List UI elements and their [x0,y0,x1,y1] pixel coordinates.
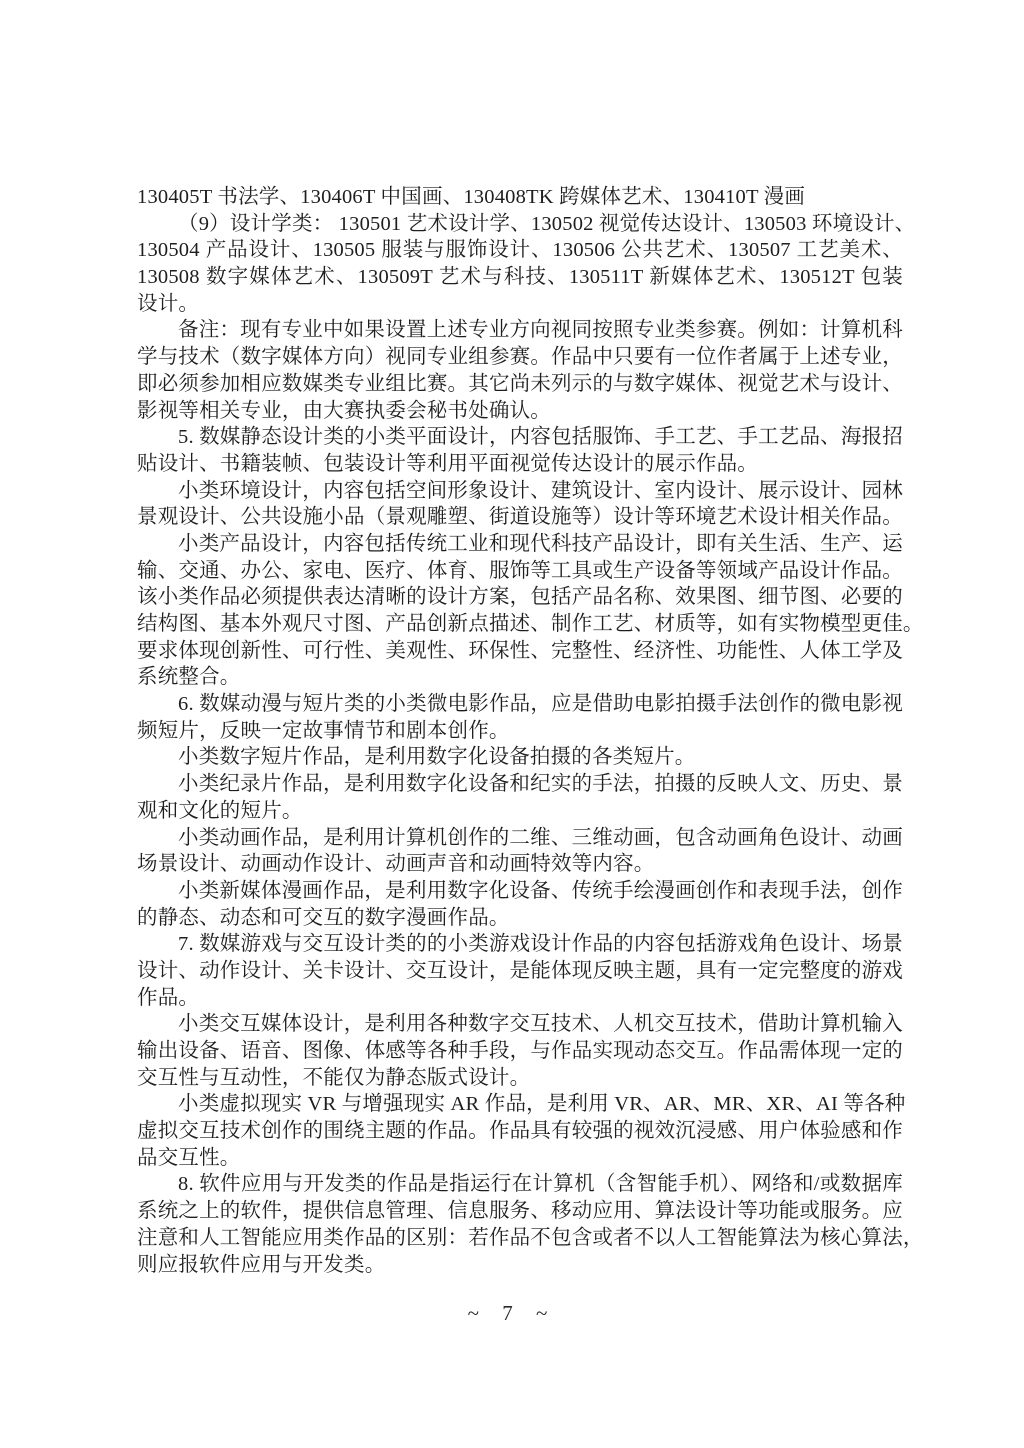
text-line: 6. 数媒动漫与短片类的小类微电影作品，应是借助电影拍摄手法创作的微电影视 [137,691,903,718]
text-line: 设计、动作设计、关卡设计、交互设计，是能体现反映主题，具有一定完整度的游戏 [137,958,903,985]
text-line: 输出设备、语音、图像、体感等各种手段，与作品实现动态交互。作品需体现一定的 [137,1038,903,1065]
text-line: 5. 数媒静态设计类的小类平面设计，内容包括服饰、手工艺、手工艺品、海报招 [137,424,903,451]
text-line: 作品。 [137,985,903,1012]
text-line: 结构图、基本外观尺寸图、产品创新点描述、制作工艺、材质等，如有实物模型更佳。 [137,611,903,638]
text-line: 贴设计、书籍装帧、包装设计等利用平面视觉传达设计的展示作品。 [137,451,903,478]
text-line: 系统之上的软件，提供信息管理、信息服务、移动应用、算法设计等功能或服务。应 [137,1198,903,1225]
text-line: 设计。 [137,291,903,318]
text-line: 注意和人工智能应用类作品的区别：若作品不包含或者不以人工智能算法为核心算法， [137,1225,903,1252]
text-line: 小类数字短片作品，是利用数字化设备拍摄的各类短片。 [137,744,903,771]
text-line: 该小类作品必须提供表达清晰的设计方案，包括产品名称、效果图、细节图、必要的 [137,584,903,611]
text-line: 系统整合。 [137,664,903,691]
text-line: 要求体现创新性、可行性、美观性、环保性、完整性、经济性、功能性、人体工学及 [137,638,903,665]
text-line: 小类产品设计，内容包括传统工业和现代科技产品设计，即有关生活、生产、运 [137,531,903,558]
text-line: 虚拟交互技术创作的围绕主题的作品。作品具有较强的视效沉浸感、用户体验感和作 [137,1118,903,1145]
text-line: 场景设计、动画动作设计、动画声音和动画特效等内容。 [137,851,903,878]
text-line: 输、交通、办公、家电、医疗、体育、服饰等工具或生产设备等领域产品设计作品。 [137,558,903,585]
text-line: 备注：现有专业中如果设置上述专业方向视同按照专业类参赛。例如：计算机科 [137,317,903,344]
text-line: 小类新媒体漫画作品，是利用数字化设备、传统手绘漫画创作和表现手法，创作 [137,878,903,905]
text-line: 130405T 书法学、130406T 中国画、130408TK 跨媒体艺术、1… [137,184,903,211]
text-line: 景观设计、公共设施小品（景观雕塑、街道设施等）设计等环境艺术设计相关作品。 [137,504,903,531]
document-text-block: 130405T 书法学、130406T 中国画、130408TK 跨媒体艺术、1… [137,184,903,1278]
text-line: 品交互性。 [137,1145,903,1172]
text-line: 小类动画作品，是利用计算机创作的二维、三维动画，包含动画角色设计、动画 [137,825,903,852]
text-line: 8. 软件应用与开发类的作品是指运行在计算机（含智能手机）、网络和/或数据库 [137,1171,903,1198]
document-page: 130405T 书法学、130406T 中国画、130408TK 跨媒体艺术、1… [0,0,1024,1448]
text-line: 小类环境设计，内容包括空间形象设计、建筑设计、室内设计、展示设计、园林 [137,478,903,505]
text-line: 则应报软件应用与开发类。 [137,1252,903,1279]
text-line: 学与技术（数字媒体方向）视同专业组参赛。作品中只要有一位作者属于上述专业， [137,344,903,371]
text-line: （9）设计学类： 130501 艺术设计学、130502 视觉传达设计、1305… [137,211,903,238]
text-line: 130508 数字媒体艺术、130509T 艺术与科技、130511T 新媒体艺… [137,264,903,291]
text-line: 的静态、动态和可交互的数字漫画作品。 [137,905,903,932]
text-line: 频短片，反映一定故事情节和剧本创作。 [137,718,903,745]
text-line: 小类交互媒体设计，是利用各种数字交互技术、人机交互技术，借助计算机输入 [137,1011,903,1038]
text-line: 小类虚拟现实 VR 与增强现实 AR 作品，是利用 VR、AR、MR、XR、AI… [137,1091,903,1118]
text-line: 130504 产品设计、130505 服装与服饰设计、130506 公共艺术、1… [137,237,903,264]
text-line: 影视等相关专业，由大赛执委会秘书处确认。 [137,398,903,425]
text-line: 小类纪录片作品，是利用数字化设备和纪实的手法，拍摄的反映人文、历史、景 [137,771,903,798]
text-line: 观和文化的短片。 [137,798,903,825]
text-line: 7. 数媒游戏与交互设计类的的小类游戏设计作品的内容包括游戏角色设计、场景 [137,931,903,958]
text-line: 即必须参加相应数媒类专业组比赛。其它尚未列示的与数字媒体、视觉艺术与设计、 [137,371,903,398]
text-line: 交互性与互动性，不能仅为静态版式设计。 [137,1065,903,1092]
page-number: ~ 7 ~ [0,1301,1024,1326]
